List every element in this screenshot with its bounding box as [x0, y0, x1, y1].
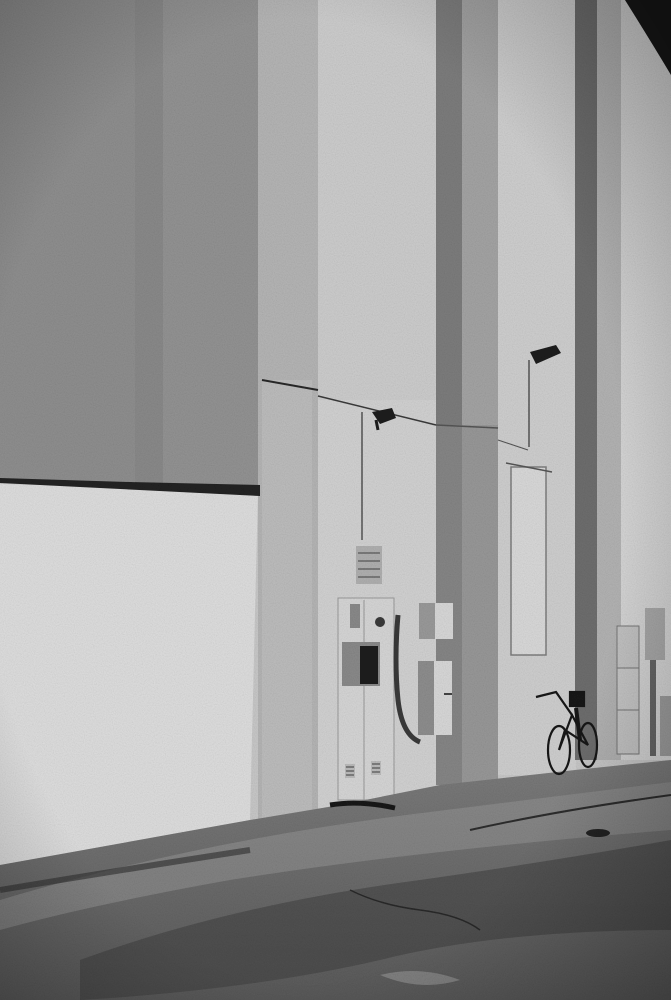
- dark-pilaster-right: [575, 0, 597, 760]
- drain-cover: [586, 829, 610, 837]
- low-white-wall: [0, 484, 258, 865]
- junction-boxes: [418, 603, 453, 735]
- ventilation-grille: [356, 546, 382, 584]
- electrical-cabinet: [338, 598, 394, 800]
- meter-box: [342, 642, 380, 686]
- boarded-window: [506, 463, 552, 655]
- photo-scene: [0, 0, 671, 1000]
